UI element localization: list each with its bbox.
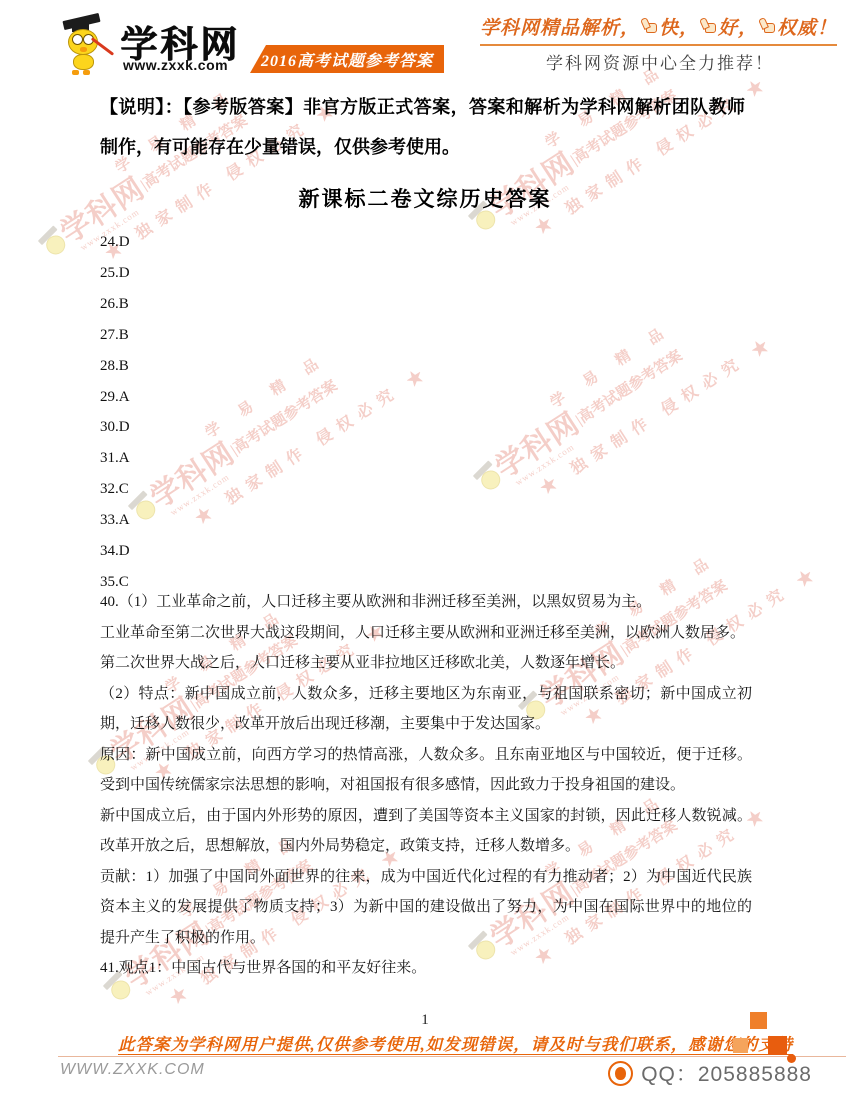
- thumbs-up-icon: [701, 20, 716, 33]
- answer-item: 24.D: [100, 227, 130, 258]
- answer-item: 31.A: [100, 443, 130, 474]
- answer-paragraph: 工业革命至第二次世界大战这段期间，人口迁移主要从欧洲和亚洲迁移至美洲，以欧洲人数…: [100, 618, 752, 649]
- decorative-dot: [787, 1054, 796, 1063]
- answer-item: 28.B: [100, 351, 130, 382]
- decorative-squares: [750, 1012, 767, 1029]
- answer-item: 25.D: [100, 258, 130, 289]
- decorative-squares: [733, 1038, 748, 1053]
- qq-number: QQ：205885888: [641, 1058, 812, 1088]
- qq-contact: QQ：205885888: [608, 1058, 812, 1088]
- answer-paragraph: 原因：新中国成立前，向西方学习的热情高涨，人数众多。且东南亚地区与中国较近，便于…: [100, 740, 752, 801]
- answer-paragraph: 贡献：1）加强了中国同外面世界的往来，成为中国近代化过程的有力推动者；2）为中国…: [100, 862, 752, 954]
- answer-item: 32.C: [100, 474, 130, 505]
- zxxk-mascot-icon: [56, 12, 116, 78]
- answer-paragraph: （2）特点：新中国成立前，人数众多，迁移主要地区为东南亚，与祖国联系密切；新中国…: [100, 679, 752, 740]
- thumbs-up-icon: [642, 20, 657, 33]
- answer-paragraph: 第二次世界大战之后，人口迁移主要从亚非拉地区迁移欧北美，人数逐年增长。: [100, 648, 752, 679]
- document-title: 新课标二卷文综历史答案: [0, 183, 850, 213]
- thumbs-up-icon: [760, 20, 775, 33]
- answer-paragraph: 新中国成立后，由于国内外形势的原因，遭到了美国等资本主义国家的封锁，因此迁移人数…: [100, 801, 752, 862]
- decorative-squares: [768, 1036, 787, 1055]
- answer-item: 33.A: [100, 505, 130, 536]
- qq-icon: [608, 1061, 633, 1086]
- answer-text-block: 40.（1）工业革命之前，人口迁移主要从欧洲和非洲迁移至美洲，以黑奴贸易为主。 …: [100, 587, 752, 984]
- exam-answer-banner: 2016高考试题参考答案: [250, 45, 444, 73]
- document-page: 学 易 精 品 学科网|高考试题参考答案 www.zxxk.com ★ 独家制作…: [0, 0, 850, 1100]
- answer-paragraph: 40.（1）工业革命之前，人口迁移主要从欧洲和非洲迁移至美洲，以黑奴贸易为主。: [100, 587, 752, 618]
- slogan-text: 学科网精品解析， 快， 好， 权威！: [480, 13, 837, 46]
- answer-item: 26.B: [100, 289, 130, 320]
- answer-list: 24.D 25.D 26.B 27.B 28.B 29.A 30.D 31.A …: [100, 227, 130, 598]
- answer-item: 34.D: [100, 536, 130, 567]
- footer-site-url: WWW.ZXXK.COM: [60, 1061, 205, 1079]
- answer-item: 30.D: [100, 412, 130, 443]
- brand-url: www.zxxk.com: [123, 57, 228, 73]
- notice-paragraph: 【说明】：【参考版答案】非官方版正式答案，答案和解析为学科网解析团队教师制作，有…: [100, 87, 745, 167]
- answer-paragraph: 41.观点1：中国古代与世界各国的和平友好往来。: [100, 953, 752, 984]
- page-number: 1: [0, 1012, 850, 1029]
- footer-notice: 此答案为学科网用户提供,仅供参考使用,如发现错误，请及时与我们联系，感谢您的支持: [118, 1031, 793, 1055]
- recommend-text: 学科网资源中心全力推荐！: [546, 49, 774, 74]
- answer-item: 29.A: [100, 382, 130, 413]
- answer-item: 27.B: [100, 320, 130, 351]
